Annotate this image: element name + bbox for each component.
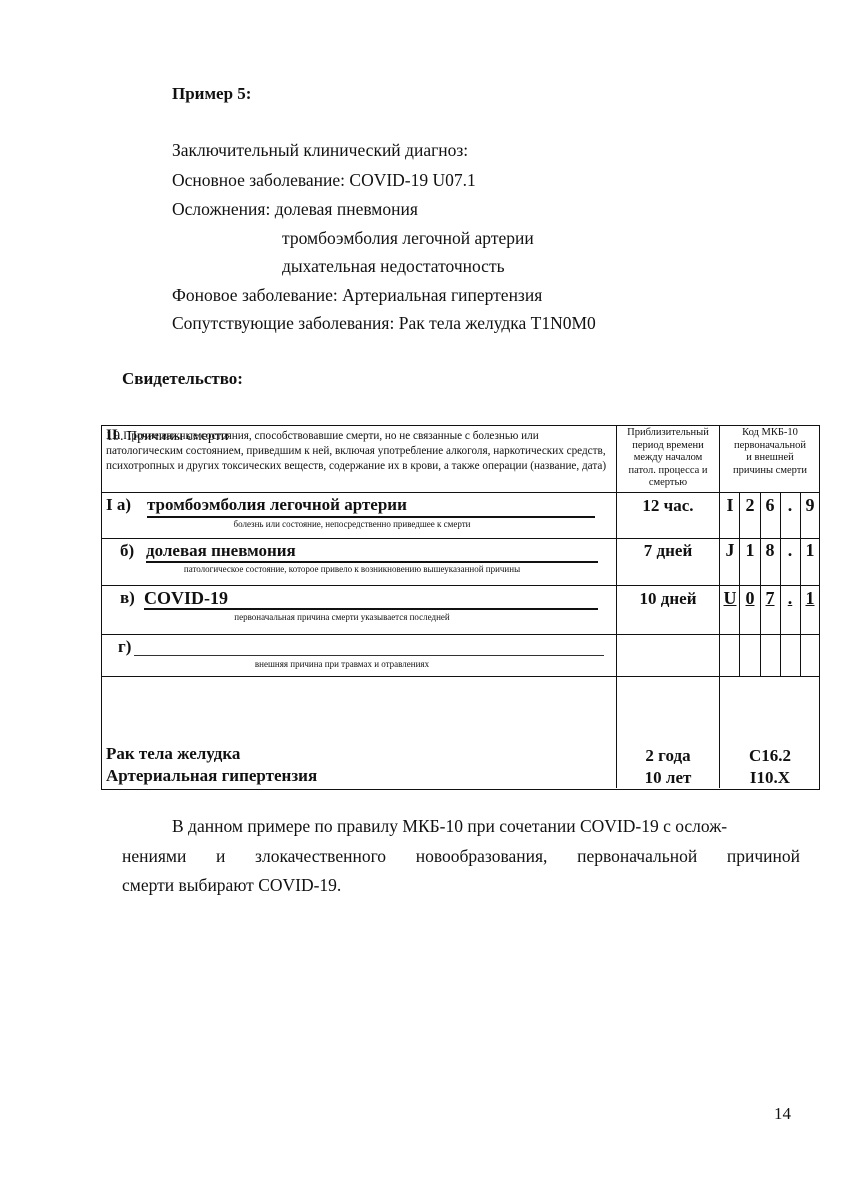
- row-label: г): [118, 637, 131, 657]
- main-disease: Основное заболевание: COVID-19 U07.1: [172, 170, 476, 191]
- code-char: U: [720, 588, 740, 609]
- cause-field-b: долевая пневмония: [146, 541, 598, 563]
- other-condition: Артериальная гипертензия: [106, 766, 317, 786]
- row-hint: первоначальная причина смерти указываетс…: [102, 612, 582, 622]
- complication-item: тромбоэмболия легочной артерии: [282, 228, 534, 249]
- row-hint: болезнь или состояние, непосредственно п…: [102, 519, 602, 529]
- icd-code-header: Код МКБ-10 первоначальной и внешней прич…: [720, 427, 820, 477]
- complications: Осложнения: долевая пневмония: [172, 199, 418, 220]
- icd-code: I10.X: [720, 768, 820, 788]
- period-value: 7 дней: [617, 541, 719, 561]
- row-label: I а): [106, 495, 131, 515]
- other-condition: Рак тела желудка: [106, 744, 240, 764]
- cause-field-c: COVID-19: [144, 588, 598, 610]
- diagnosis-heading: Заключительный клинический диагноз:: [172, 140, 468, 161]
- conclusion-line: нениями и злокачественного новообразован…: [122, 846, 800, 867]
- code-char: 1: [800, 540, 820, 561]
- period-header: Приблизительный период времени между нач…: [617, 427, 719, 490]
- code-char: .: [780, 495, 800, 516]
- row-label: б): [120, 541, 134, 561]
- cause-field-a: тромбоэмболия легочной артерии: [147, 495, 595, 518]
- code-char: 1: [740, 540, 760, 561]
- page-number: 14: [774, 1104, 791, 1124]
- code-char: 7: [760, 588, 780, 609]
- period-value: 2 года: [617, 746, 719, 766]
- example-title: Пример 5:: [172, 84, 251, 104]
- code-char: 6: [760, 495, 780, 516]
- row-hint: патологическое состояние, которое привел…: [102, 564, 602, 574]
- cause-field-d[interactable]: [134, 637, 604, 656]
- code-char: J: [720, 540, 740, 561]
- row-label: в): [120, 588, 135, 608]
- code-char: 0: [740, 588, 760, 609]
- concomitant-disease: Сопутствующие заболевания: Рак тела желу…: [172, 313, 596, 334]
- conclusion-line: смерти выбирают COVID-19.: [122, 875, 341, 896]
- complication-item: дыхательная недостаточность: [282, 256, 505, 277]
- certificate-title: Свидетельство:: [122, 369, 243, 389]
- row-hint: внешняя причина при травмах и отравления…: [102, 659, 582, 669]
- code-char: 1: [800, 588, 820, 609]
- period-value: 10 лет: [617, 768, 719, 788]
- period-value: 12 час.: [617, 496, 719, 516]
- code-char: 8: [760, 540, 780, 561]
- section-2-description: II. Прочие важные состояния, способствов…: [106, 428, 614, 473]
- conclusion-line: В данном примере по правилу МКБ-10 при с…: [172, 816, 727, 837]
- code-char: 2: [740, 495, 760, 516]
- death-causes-table: 19. Причины смерти Приблизительный перио…: [101, 425, 820, 790]
- code-char: .: [780, 588, 800, 609]
- icd-code: C16.2: [720, 746, 820, 766]
- code-char: 9: [800, 495, 820, 516]
- code-char: I: [720, 495, 740, 516]
- background-disease: Фоновое заболевание: Артериальная гиперт…: [172, 285, 542, 306]
- period-value: 10 дней: [617, 589, 719, 609]
- code-char: .: [780, 540, 800, 561]
